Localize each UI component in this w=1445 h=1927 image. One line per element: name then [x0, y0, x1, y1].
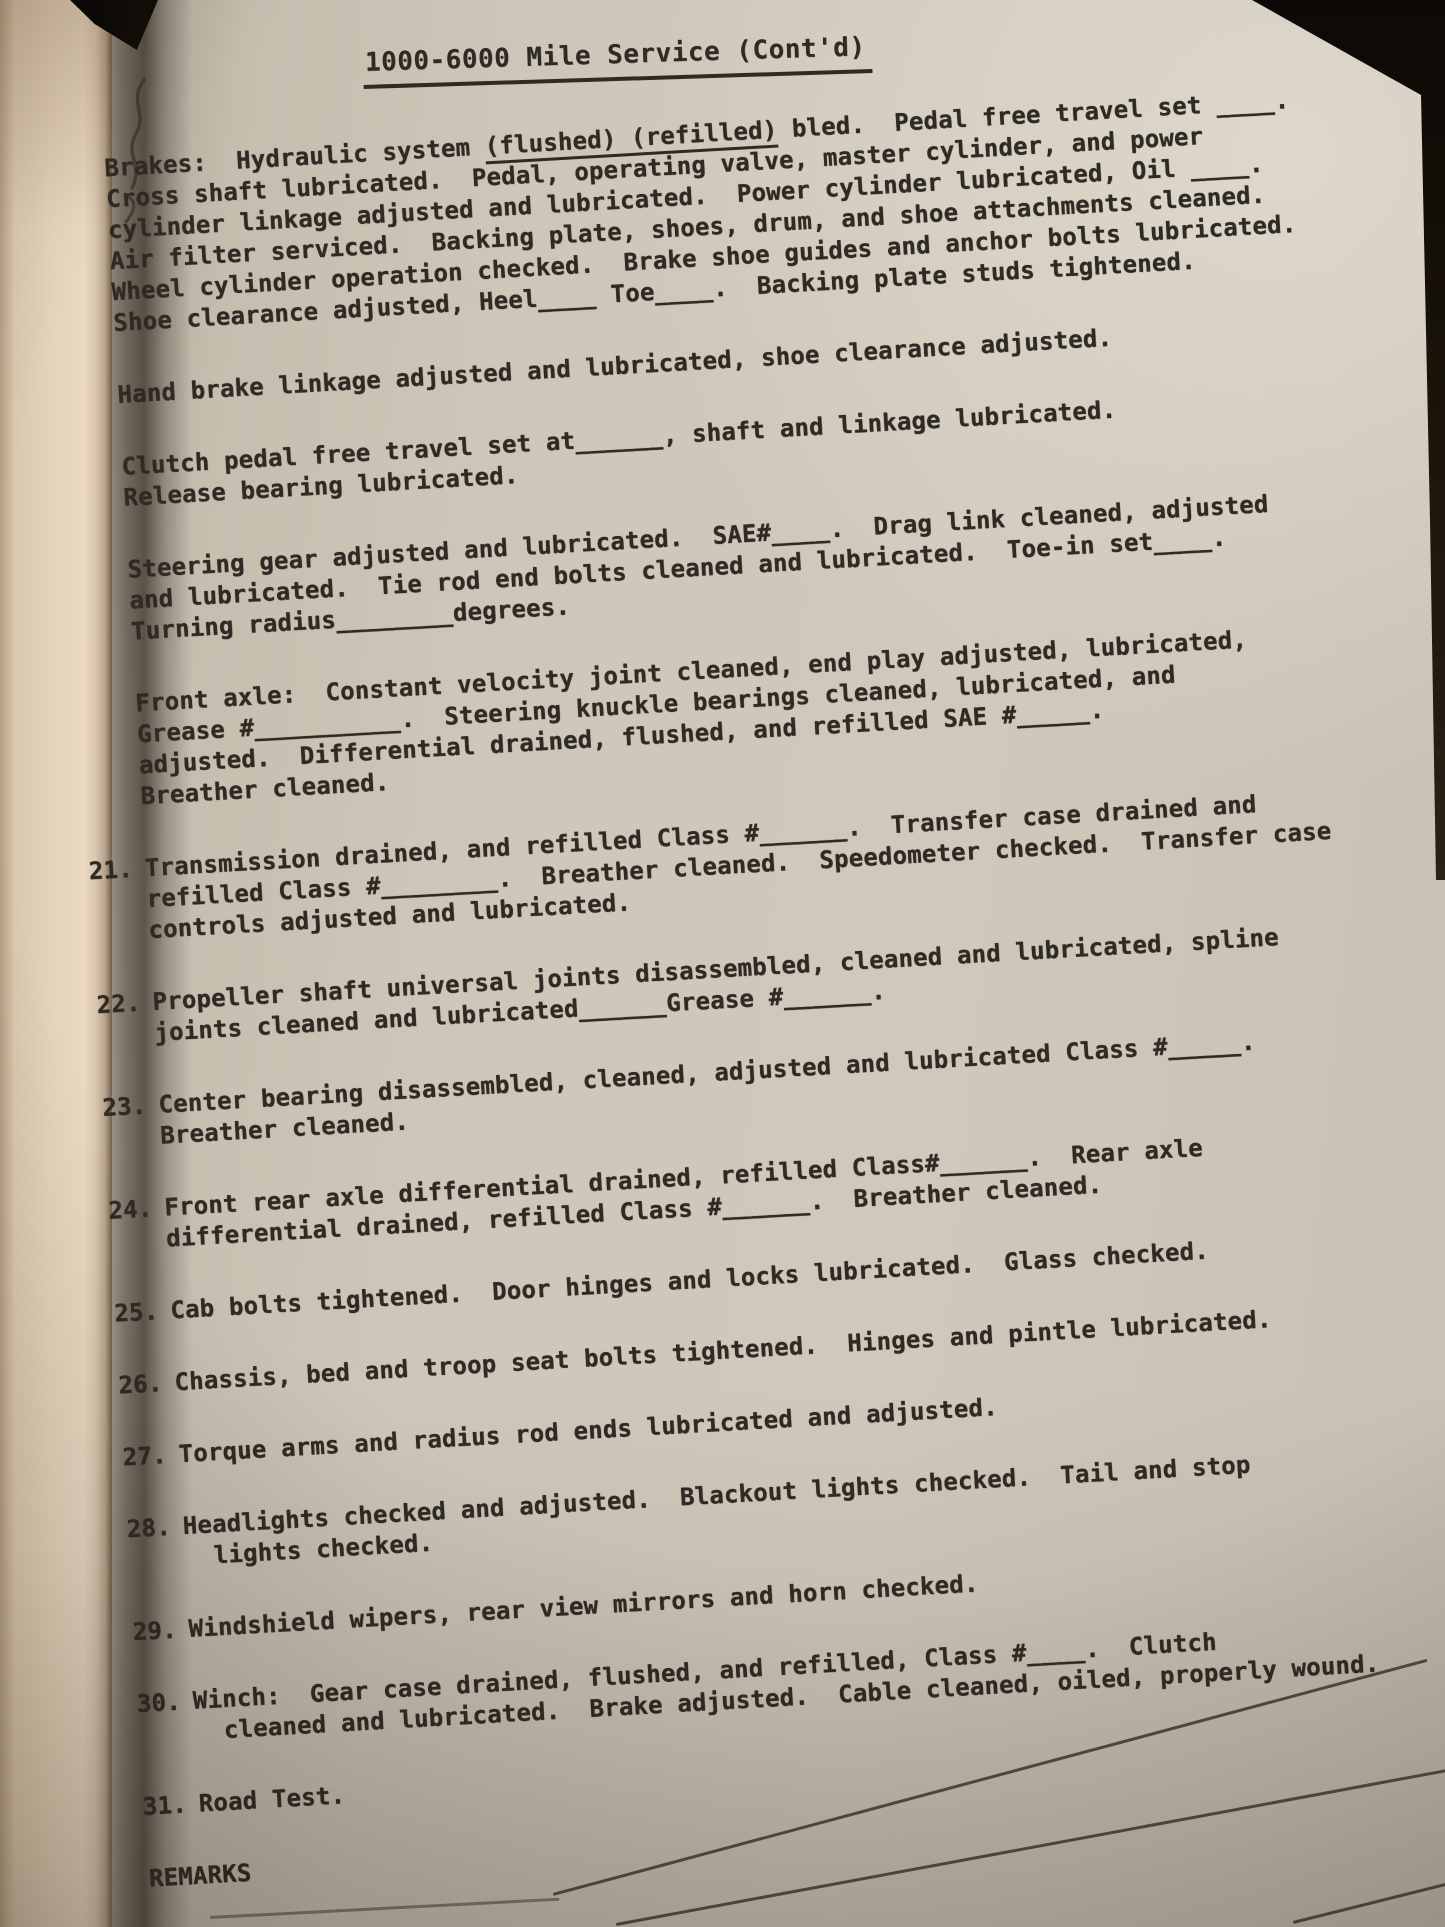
item-number: 23.	[102, 1091, 148, 1124]
item-number: 28.	[126, 1512, 172, 1545]
item-number: 26.	[118, 1368, 164, 1401]
book-page-photo: 1000-6000 Mile Service (Cont'd) Brakes: …	[0, 0, 1445, 1927]
item-number: 30.	[136, 1687, 182, 1720]
item-number: 25.	[114, 1296, 160, 1329]
service-item: 21.Transmission drained, and refilled Cl…	[144, 779, 1437, 946]
item-number: 22.	[96, 988, 142, 1021]
service-list: Brakes: Hydraulic system (flushed) (refi…	[104, 79, 1445, 1891]
item-number: 31.	[142, 1789, 188, 1822]
item-number: 29.	[132, 1615, 178, 1648]
item-number: 24.	[108, 1193, 154, 1226]
service-item: Steering gear adjusted and lubricated. S…	[127, 480, 1420, 647]
item-number: 27.	[122, 1440, 168, 1473]
item-number: 21.	[88, 854, 134, 887]
service-item: Front axle: Constant velocity joint clea…	[135, 614, 1430, 812]
